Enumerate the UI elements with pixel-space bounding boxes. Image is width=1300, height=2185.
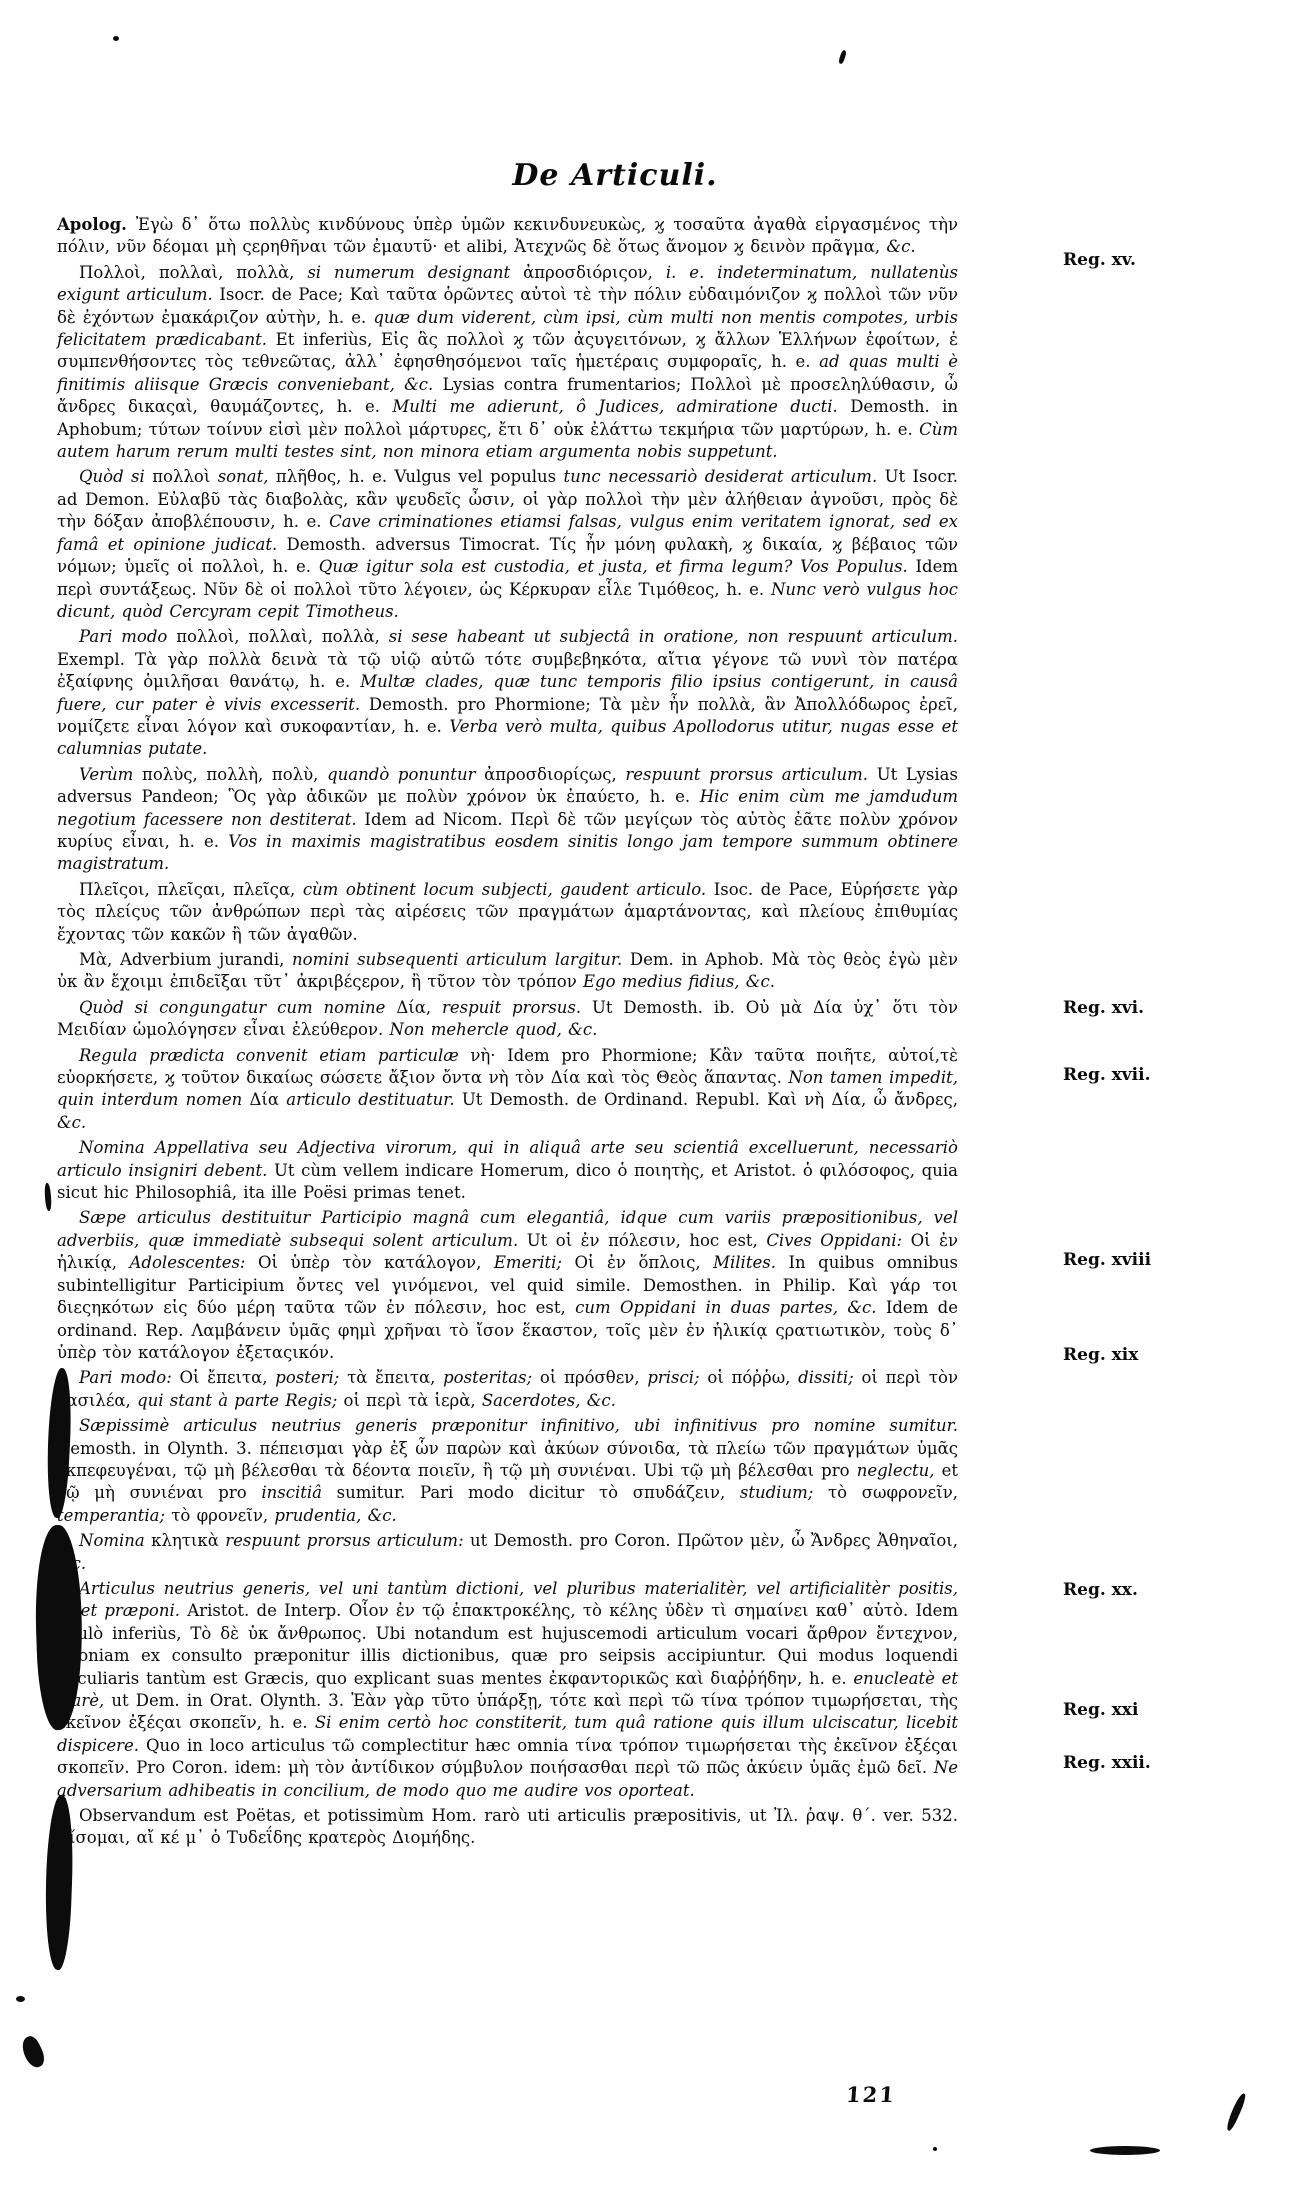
margin-note-reg-xv: Reg. xv. xyxy=(1063,250,1213,270)
scanned-book-page: De Articuli. Apolog. Ἐγὼ δ᾽ ὅτω πολλὺς κ… xyxy=(0,0,1300,2185)
paragraph: Sæpe articulus destituitur Participio ma… xyxy=(57,1207,958,1364)
margin-note-reg-xix: Reg. xix xyxy=(1063,1345,1213,1365)
paragraph: Nomina κλητικὰ respuunt prorsus articulu… xyxy=(57,1530,958,1575)
paragraph: Μὰ, Adverbium jurandi, nomini subsequent… xyxy=(57,949,958,994)
paragraph: Observandum est Poëtas, et potissimùm Ho… xyxy=(57,1805,958,1850)
paragraph: Articulus neutrius generis, vel uni tant… xyxy=(57,1578,958,1802)
page-title: De Articuli. xyxy=(0,158,1230,193)
paragraph: Pari modo πολλοὶ, πολλαὶ, πολλὰ, si sese… xyxy=(57,626,958,760)
paragraph: Apolog. Ἐγὼ δ᾽ ὅτω πολλὺς κινδύνους ὑπὲρ… xyxy=(57,214,958,259)
page-number: 121 xyxy=(845,2082,897,2107)
paragraph: Regula prædicta convenit etiam particulæ… xyxy=(57,1045,958,1135)
ink-smudge xyxy=(1090,2146,1160,2155)
paragraph: Sæpissimè articulus neutrius generis præ… xyxy=(57,1415,958,1527)
margin-note-reg-xvi: Reg. xvi. xyxy=(1063,998,1213,1018)
paragraph: Quòd si πολλοὶ sonat, πλῆθος, h. e. Vulg… xyxy=(57,466,958,623)
margin-note-reg-xviii: Reg. xviii xyxy=(1063,1250,1213,1270)
ink-smudge xyxy=(16,1996,25,2002)
ink-smudge xyxy=(933,2147,937,2151)
paragraph: Quòd si congungatur cum nomine Δία, resp… xyxy=(57,997,958,1042)
margin-note-reg-xvii: Reg. xvii. xyxy=(1063,1065,1213,1085)
ink-smudge xyxy=(18,2034,48,2071)
paragraph: Verùm πολὺς, πολλὴ, πολὺ, quandò ponuntu… xyxy=(57,764,958,876)
text-block: Apolog. Ἐγὼ δ᾽ ὅτω πολλὺς κινδύνους ὑπὲρ… xyxy=(57,214,958,1853)
paragraph: Nomina Appellativa seu Adjectiva virorum… xyxy=(57,1137,958,1204)
paragraph: Πολλοὶ, πολλαὶ, πολλὰ, si numerum design… xyxy=(57,262,958,464)
margin-note-reg-xx: Reg. xx. xyxy=(1063,1580,1213,1600)
ink-smudge xyxy=(838,50,847,65)
ink-smudge xyxy=(44,1183,52,1211)
margin-note-reg-xxii: Reg. xxii. xyxy=(1063,1753,1213,1773)
pen-stroke xyxy=(1224,2092,1248,2132)
paragraph: Pari modo: Οἱ ἔπειτα, posteri; τὰ ἔπειτα… xyxy=(57,1367,958,1412)
ink-smudge xyxy=(43,1795,75,1971)
margin-note-reg-xxi: Reg. xxi xyxy=(1063,1700,1213,1720)
paragraph: Πλεῖςοι, πλεῖςαι, πλεῖςα, cùm obtinent l… xyxy=(57,879,958,946)
ink-smudge xyxy=(113,36,119,41)
